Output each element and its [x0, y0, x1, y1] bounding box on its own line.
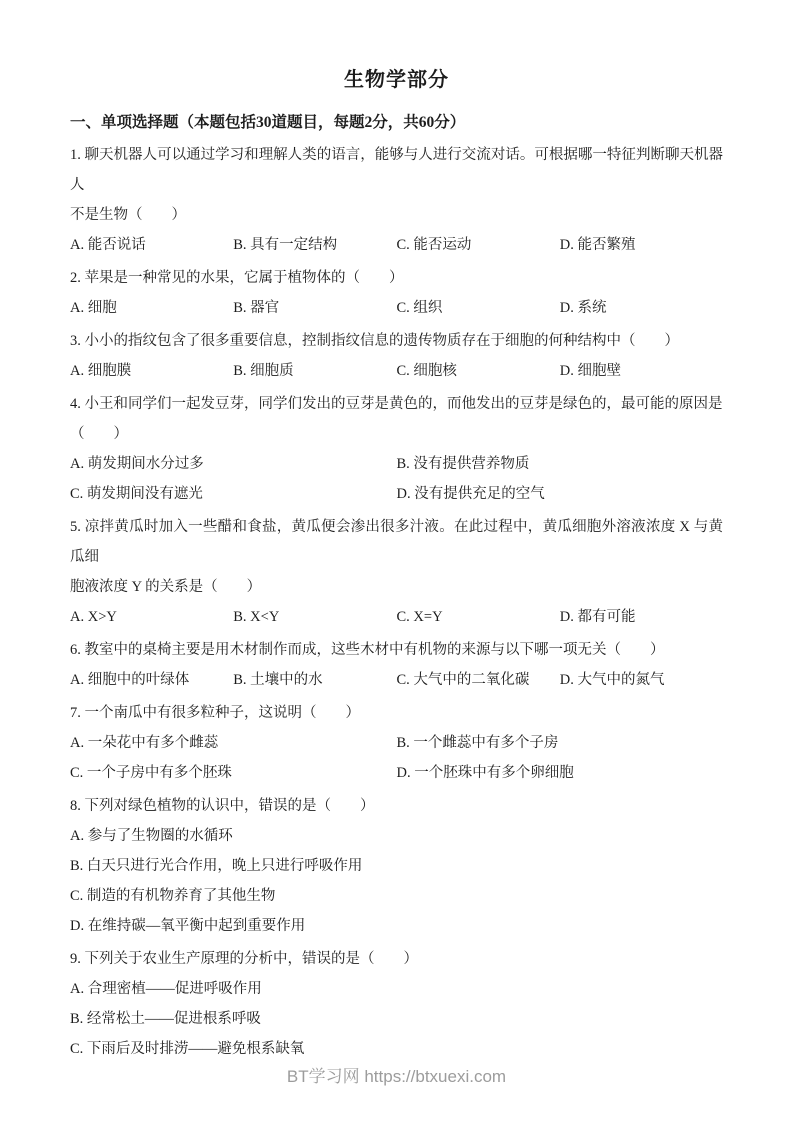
exam-page: 生物学部分 一、单项选择题（本题包括30道题目，每题2分，共60分） 1. 聊天…: [0, 0, 793, 1122]
question-7: 7. 一个南瓜中有很多粒种子，这说明（ ） A. 一朵花中有多个雌蕊 B. 一个…: [70, 698, 723, 788]
option-c: C. 制造的有机物养育了其他生物: [70, 881, 723, 911]
option-c: C. 下雨后及时排涝——避免根系缺氧: [70, 1034, 723, 1064]
option-a: A. X>Y: [70, 602, 233, 632]
question-3: 3. 小小的指纹包含了很多重要信息，控制指纹信息的遗传物质存在于细胞的何种结构中…: [70, 326, 723, 386]
option-a: A. 细胞: [70, 293, 233, 323]
question-9: 9. 下列关于农业生产原理的分析中，错误的是（ ） A. 合理密植——促进呼吸作…: [70, 944, 723, 1064]
option-b: B. 经常松土——促进根系呼吸: [70, 1004, 723, 1034]
option-b: B. 一个雌蕊中有多个子房: [397, 728, 724, 758]
option-c: C. 大气中的二氧化碳: [397, 665, 560, 695]
question-2-options-row: A. 细胞 B. 器官 C. 组织 D. 系统: [70, 293, 723, 323]
option-d: D. 在维持碳—氧平衡中起到重要作用: [70, 911, 723, 941]
option-b: B. 白天只进行光合作用，晚上只进行呼吸作用: [70, 851, 723, 881]
question-5-text-line: 5. 凉拌黄瓜时加入一些醋和食盐，黄瓜便会渗出很多汁液。在此过程中，黄瓜细胞外溶…: [70, 512, 723, 572]
question-9-text-line: 9. 下列关于农业生产原理的分析中，错误的是（ ）: [70, 944, 723, 974]
option-b: B. X<Y: [233, 602, 396, 632]
question-4-text-line: （ ）: [70, 419, 723, 449]
question-4-options-row: A. 萌发期间水分过多 B. 没有提供营养物质 C. 萌发期间没有遮光 D. 没…: [70, 449, 723, 509]
option-d: D. 细胞壁: [560, 356, 723, 386]
question-4-text-line: 4. 小王和同学们一起发豆芽，同学们发出的豆芽是黄色的，而他发出的豆芽是绿色的，…: [70, 389, 723, 419]
question-3-options-row: A. 细胞膜 B. 细胞质 C. 细胞核 D. 细胞壁: [70, 356, 723, 386]
page-title: 生物学部分: [70, 60, 723, 100]
option-c: C. 萌发期间没有遮光: [70, 479, 397, 509]
option-a: A. 一朵花中有多个雌蕊: [70, 728, 397, 758]
question-4: 4. 小王和同学们一起发豆芽，同学们发出的豆芽是黄色的，而他发出的豆芽是绿色的，…: [70, 389, 723, 509]
question-6-options-row: A. 细胞中的叶绿体 B. 土壤中的水 C. 大气中的二氧化碳 D. 大气中的氮…: [70, 665, 723, 695]
option-d: D. 没有提供充足的空气: [397, 479, 724, 509]
question-9-options-list: A. 合理密植——促进呼吸作用 B. 经常松土——促进根系呼吸 C. 下雨后及时…: [70, 974, 723, 1064]
question-5: 5. 凉拌黄瓜时加入一些醋和食盐，黄瓜便会渗出很多汁液。在此过程中，黄瓜细胞外溶…: [70, 512, 723, 632]
question-2: 2. 苹果是一种常见的水果，它属于植物体的（ ） A. 细胞 B. 器官 C. …: [70, 263, 723, 323]
option-b: B. 土壤中的水: [233, 665, 396, 695]
option-c: C. X=Y: [397, 602, 560, 632]
option-c: C. 组织: [397, 293, 560, 323]
option-b: B. 没有提供营养物质: [397, 449, 724, 479]
question-6-text-line: 6. 教室中的桌椅主要是用木材制作而成，这些木材中有机物的来源与以下哪一项无关（…: [70, 635, 723, 665]
question-2-text-line: 2. 苹果是一种常见的水果，它属于植物体的（ ）: [70, 263, 723, 293]
option-d: D. 大气中的氮气: [560, 665, 723, 695]
option-d: D. 都有可能: [560, 602, 723, 632]
option-b: B. 细胞质: [233, 356, 396, 386]
option-a: A. 能否说话: [70, 230, 233, 260]
option-c: C. 一个子房中有多个胚珠: [70, 758, 397, 788]
option-d: D. 系统: [560, 293, 723, 323]
question-8: 8. 下列对绿色植物的认识中，错误的是（ ） A. 参与了生物圈的水循环 B. …: [70, 791, 723, 941]
question-8-options-list: A. 参与了生物圈的水循环 B. 白天只进行光合作用，晚上只进行呼吸作用 C. …: [70, 821, 723, 941]
option-d: D. 一个胚珠中有多个卵细胞: [397, 758, 724, 788]
question-5-text-line: 胞液浓度 Y 的关系是（ ）: [70, 572, 723, 602]
option-c: C. 能否运动: [397, 230, 560, 260]
option-a: A. 萌发期间水分过多: [70, 449, 397, 479]
question-8-text-line: 8. 下列对绿色植物的认识中，错误的是（ ）: [70, 791, 723, 821]
footer-watermark: BT学习网 https://btxuexi.com: [0, 1062, 793, 1087]
question-7-text-line: 7. 一个南瓜中有很多粒种子，这说明（ ）: [70, 698, 723, 728]
option-a: A. 细胞膜: [70, 356, 233, 386]
option-c: C. 细胞核: [397, 356, 560, 386]
question-1-options-row: A. 能否说话 B. 具有一定结构 C. 能否运动 D. 能否繁殖: [70, 230, 723, 260]
question-1: 1. 聊天机器人可以通过学习和理解人类的语言，能够与人进行交流对话。可根据哪一特…: [70, 140, 723, 260]
question-1-text-line: 1. 聊天机器人可以通过学习和理解人类的语言，能够与人进行交流对话。可根据哪一特…: [70, 140, 723, 200]
question-1-text-line: 不是生物（ ）: [70, 200, 723, 230]
option-b: B. 器官: [233, 293, 396, 323]
question-3-text-line: 3. 小小的指纹包含了很多重要信息，控制指纹信息的遗传物质存在于细胞的何种结构中…: [70, 326, 723, 356]
option-b: B. 具有一定结构: [233, 230, 396, 260]
option-d: D. 能否繁殖: [560, 230, 723, 260]
question-6: 6. 教室中的桌椅主要是用木材制作而成，这些木材中有机物的来源与以下哪一项无关（…: [70, 635, 723, 695]
option-a: A. 细胞中的叶绿体: [70, 665, 233, 695]
question-5-options-row: A. X>Y B. X<Y C. X=Y D. 都有可能: [70, 602, 723, 632]
option-a: A. 合理密植——促进呼吸作用: [70, 974, 723, 1004]
option-a: A. 参与了生物圈的水循环: [70, 821, 723, 851]
section-header: 一、单项选择题（本题包括30道题目，每题2分，共60分）: [70, 108, 723, 138]
question-7-options-row: A. 一朵花中有多个雌蕊 B. 一个雌蕊中有多个子房 C. 一个子房中有多个胚珠…: [70, 728, 723, 788]
